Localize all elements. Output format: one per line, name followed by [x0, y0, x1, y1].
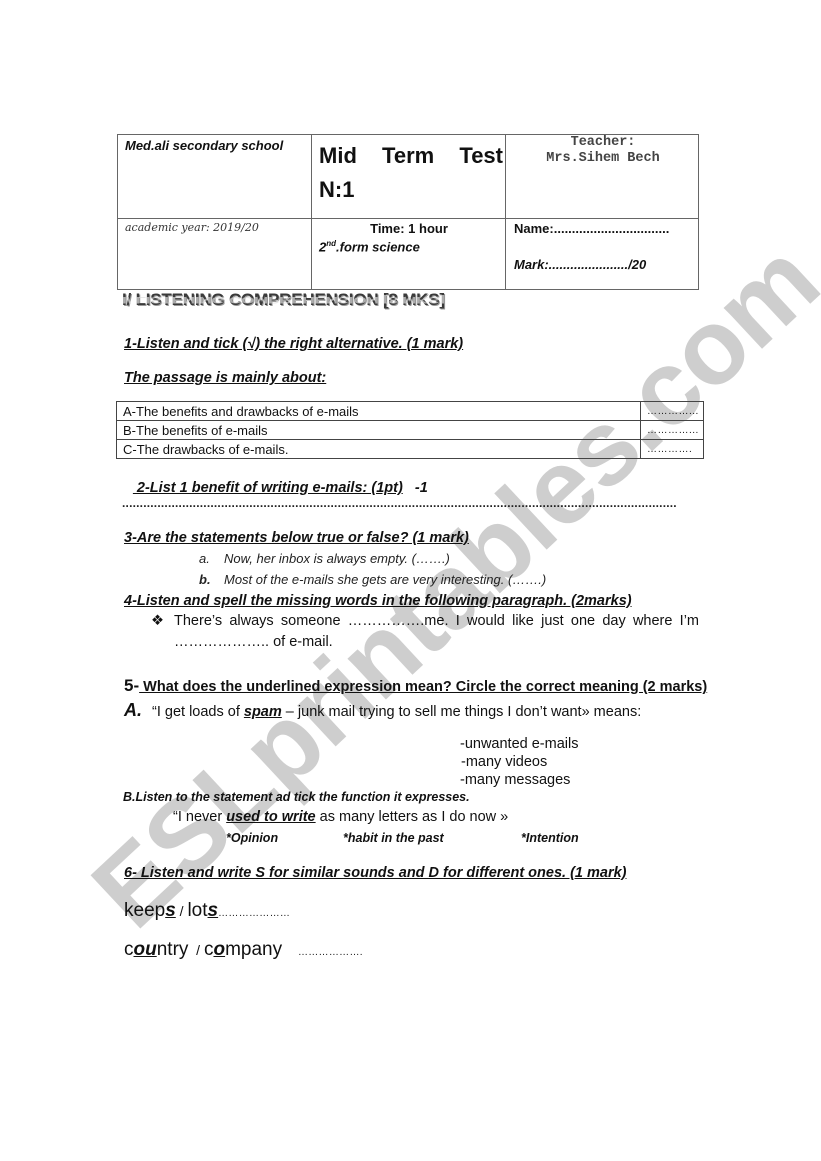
separator: / [176, 903, 188, 919]
part-a-label: A. [124, 700, 152, 721]
table-row: B-The benefits of e-mails …………... [117, 421, 704, 440]
word-highlight: s [165, 900, 176, 921]
answer-blank[interactable]: ………………… [218, 908, 290, 919]
option-text: C-The drawbacks of e-mails. [117, 440, 641, 459]
header-table: Med.ali secondary school Mid Term Test N… [117, 134, 699, 290]
item-label: b. [199, 572, 224, 587]
school-name: Med.ali secondary school [125, 138, 283, 153]
q1-subtitle: The passage is mainly about: [124, 370, 326, 386]
choice-3[interactable]: -many messages [460, 772, 570, 788]
teacher-name: Mrs.Sihem Bech [506, 151, 700, 167]
choice-1[interactable]: -unwanted e-mails [460, 736, 578, 752]
q2-answer-line[interactable]: ........................................… [122, 496, 696, 510]
option-tick-blank[interactable]: …………... [641, 402, 704, 421]
divider [311, 135, 312, 289]
table-row: A-The benefits and drawbacks of e-mails … [117, 402, 704, 421]
item-tail: . (…….) [501, 572, 547, 587]
q2-line: 2-List 1 benefit of writing e-mails: (1p… [124, 461, 428, 497]
part-a-pre: “I get loads of [152, 704, 244, 720]
sound-pair-1: keeps / lots………………… [124, 900, 290, 922]
word-highlight: o [213, 939, 225, 960]
form-rest: .form science [336, 239, 420, 254]
time-allowed: Time: 1 hour [312, 221, 506, 236]
q4-bullet: ❖ [151, 613, 164, 629]
q5-number: 5- [124, 676, 139, 695]
q3-title: 3-Are the statements below true or false… [124, 530, 469, 546]
table-row: C-The drawbacks of e-mails. …………. [117, 440, 704, 459]
item-text: Now, her inbox is always empty. (…….) [224, 551, 450, 566]
section-title-reflection: I/ LISTENING COMPREHENSION [8 MKS] [122, 294, 445, 305]
name-field[interactable]: Name:................................ [514, 221, 669, 236]
q3-item-a: a.Now, her inbox is always empty. (…….) [199, 551, 450, 566]
divider [118, 218, 698, 219]
q2-title: 2-List 1 benefit of writing e-mails: (1p… [133, 480, 403, 496]
teacher-block: Teacher: Mrs.Sihem Bech [506, 135, 700, 167]
function-choice-opinion[interactable]: *Opinion [226, 831, 278, 845]
sound-pair-2: country / company ………………. [124, 939, 363, 961]
class-form: 2nd.form science [319, 239, 420, 254]
part-a-post: – junk mail trying to sell me things I d… [282, 704, 641, 720]
q5-part-b-quote: “I never used to write as many letters a… [173, 809, 508, 825]
item-text: Most of the e-mails she gets are very in… [224, 572, 501, 587]
word-part: ntry [157, 939, 189, 960]
separator: / [188, 942, 204, 958]
option-tick-blank[interactable]: …………. [641, 440, 704, 459]
function-choice-habit[interactable]: *habit in the past [343, 831, 444, 845]
part-b-underlined: used to write [226, 809, 315, 825]
word-highlight: s [208, 900, 219, 921]
part-b-pre: “I never [173, 809, 226, 825]
q5-part-b-instruction: B.Listen to the statement ad tick the fu… [123, 790, 470, 804]
mark-field[interactable]: Mark:....................../20 [514, 257, 646, 272]
q4-title: 4-Listen and spell the missing words in … [124, 593, 632, 609]
q1-options-table: A-The benefits and drawbacks of e-mails … [116, 401, 704, 459]
q1-title: 1-Listen and tick (√) the right alternat… [124, 336, 463, 352]
teacher-label: Teacher: [506, 135, 700, 151]
word-part: keep [124, 900, 165, 921]
q5-title: What does the underlined expression mean… [139, 679, 707, 695]
item-label: a. [199, 551, 224, 566]
form-sup: nd [326, 239, 336, 248]
word-part: c [124, 939, 134, 960]
word-part: mpany [225, 939, 282, 960]
q4-line2: ……………….. of e-mail. [174, 634, 333, 650]
answer-blank[interactable]: ………………. [298, 947, 363, 958]
option-text: B-The benefits of e-mails [117, 421, 641, 440]
part-b-post: as many letters as I do now » [316, 809, 509, 825]
q4-line1: There’s always someone …………….me. I would… [174, 613, 699, 629]
choice-2[interactable]: -many videos [461, 754, 547, 770]
part-a-underlined: spam [244, 704, 282, 720]
q2-suffix: -1 [415, 480, 428, 496]
q5-title-line: 5- What does the underlined expression m… [124, 676, 707, 696]
test-title: Mid Term Test [319, 138, 503, 174]
q6-title: 6- Listen and write S for similar sounds… [124, 865, 627, 881]
function-choice-intention[interactable]: *Intention [521, 831, 579, 845]
academic-year: academic year: 2019/20 [125, 221, 259, 234]
word-part: lot [187, 900, 207, 921]
test-number: N:1 [319, 174, 354, 206]
option-text: A-The benefits and drawbacks of e-mails [117, 402, 641, 421]
q3-item-b: b.Most of the e-mails she gets are very … [199, 572, 546, 587]
word-highlight: ou [134, 939, 157, 960]
q5-part-a: A.“I get loads of spam – junk mail tryin… [124, 700, 641, 721]
option-tick-blank[interactable]: …………... [641, 421, 704, 440]
